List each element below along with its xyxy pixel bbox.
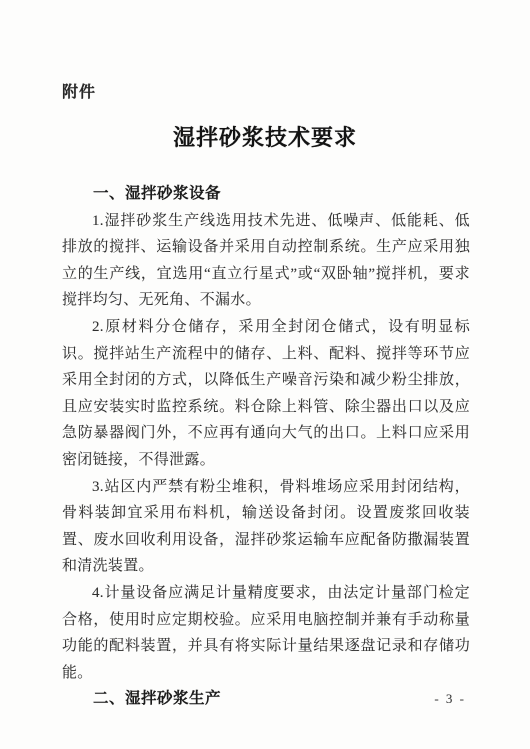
document-title: 湿拌砂浆技术要求 xyxy=(0,121,530,152)
attachment-label: 附件 xyxy=(62,79,96,102)
page-number: - 3 - xyxy=(434,691,466,707)
section-2-heading: 二、湿拌砂浆生产 xyxy=(62,686,470,713)
section-1-heading: 一、湿拌砂浆设备 xyxy=(62,181,470,208)
section-1-paragraph-3: 3.站区内严禁有粉尘堆积，骨料堆场应采用封闭结构，骨料装卸宜采用布料机，输送设备… xyxy=(62,474,470,580)
section-1-paragraph-1: 1.湿拌砂浆生产线选用技术先进、低噪声、低能耗、低排放的搅拌、运输设备并采用自动… xyxy=(62,208,470,314)
section-1-paragraph-4: 4.计量设备应满足计量精度要求，由法定计量部门检定合格，使用时应定期校验。应采用… xyxy=(62,580,470,686)
document-page: 附件 湿拌砂浆技术要求 一、湿拌砂浆设备 1.湿拌砂浆生产线选用技术先进、低噪声… xyxy=(0,0,530,749)
document-body: 一、湿拌砂浆设备 1.湿拌砂浆生产线选用技术先进、低噪声、低能耗、低排放的搅拌、… xyxy=(62,181,470,713)
section-1-paragraph-2: 2.原材料分仓储存，采用全封闭仓储式，设有明显标识。搅拌站生产流程中的储存、上料… xyxy=(62,314,470,474)
